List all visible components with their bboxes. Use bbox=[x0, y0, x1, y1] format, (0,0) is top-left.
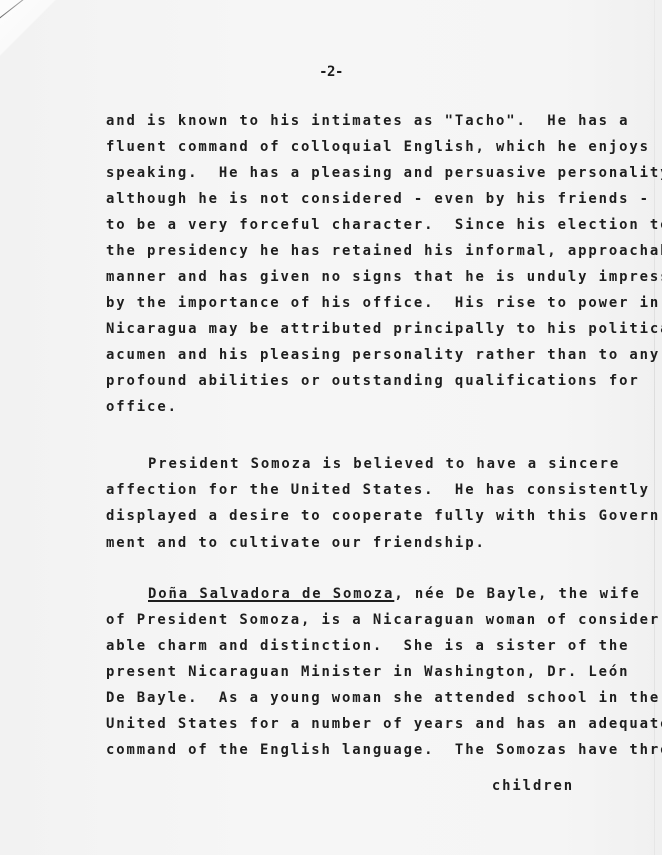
text-line-first: Doña Salvadora de Somoza, née De Bayle, … bbox=[148, 585, 641, 603]
text-line: ment and to cultivate our friendship. bbox=[106, 534, 486, 552]
text-line: present Nicaraguan Minister in Washingto… bbox=[106, 663, 629, 681]
text-line: affection for the United States. He has … bbox=[106, 481, 650, 499]
catchword: children bbox=[492, 777, 574, 795]
text-line: and is known to his intimates as "Tacho"… bbox=[106, 112, 629, 130]
text-line: office. bbox=[106, 398, 178, 416]
text-line: command of the English language. The Som… bbox=[106, 741, 662, 759]
text-fragment: , née De Bayle, the wife bbox=[394, 586, 640, 602]
text-line: President Somoza is believed to have a s… bbox=[148, 455, 620, 473]
text-line: of President Somoza, is a Nicaraguan wom… bbox=[106, 611, 662, 629]
text-line: manner and has given no signs that he is… bbox=[106, 268, 662, 286]
text-line: De Bayle. As a young woman she attended … bbox=[106, 689, 660, 707]
text-line: to be a very forceful character. Since h… bbox=[106, 216, 662, 234]
text-line: although he is not considered - even by … bbox=[106, 190, 650, 208]
page-number: -2- bbox=[306, 64, 356, 80]
text-line: displayed a desire to cooperate fully wi… bbox=[106, 507, 662, 525]
text-line: fluent command of colloquial English, wh… bbox=[106, 138, 650, 156]
text-line: by the importance of his office. His ris… bbox=[106, 294, 660, 312]
text-line: speaking. He has a pleasing and persuasi… bbox=[106, 164, 662, 182]
text-line: profound abilities or outstanding qualif… bbox=[106, 372, 640, 390]
text-line: United States for a number of years and … bbox=[106, 715, 662, 733]
text-line: able charm and distinction. She is a sis… bbox=[106, 637, 629, 655]
document-page: -2- and is known to his intimates as "Ta… bbox=[0, 0, 662, 855]
underlined-name: Doña Salvadora de Somoza bbox=[148, 586, 394, 602]
text-line: Nicaragua may be attributed principally … bbox=[106, 320, 662, 338]
text-line: the presidency he has retained his infor… bbox=[106, 242, 662, 260]
text-line: acumen and his pleasing personality rath… bbox=[106, 346, 660, 364]
